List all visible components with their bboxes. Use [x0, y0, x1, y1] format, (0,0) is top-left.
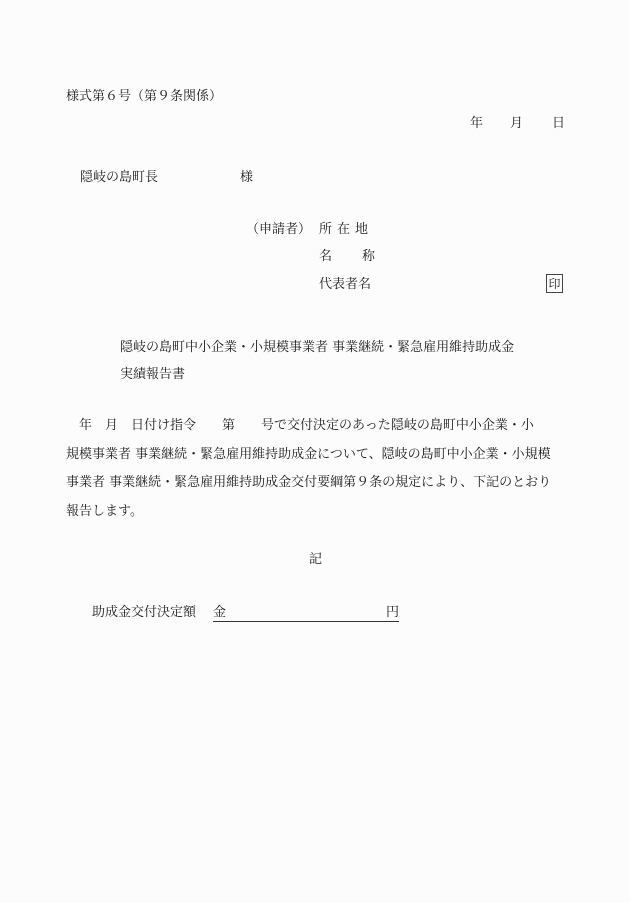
- body-line-2: 規模事業者 事業継続・緊急雇用維持助成金について、隠岐の島町中小企業・小規模: [66, 441, 566, 470]
- document-title-line1: 隠岐の島町中小企業・小規模事業者 事業継続・緊急雇用維持助成金: [120, 341, 514, 354]
- amount-prefix: 金: [213, 605, 226, 620]
- amount-suffix: 円: [386, 606, 399, 619]
- body-line-1: 年 月 日付け指令 第 号で交付決定のあった隠岐の島町中小企業・小: [66, 412, 566, 441]
- body-line-4: 報告します。: [66, 498, 566, 527]
- address-label: 所在地: [319, 223, 373, 236]
- representative-label: 代表者名: [319, 278, 371, 291]
- date-month-label: 月: [510, 117, 523, 130]
- amount-field: 金 円: [213, 606, 399, 622]
- name-label: 名称: [319, 250, 375, 263]
- name-label-char-1: 名: [319, 250, 332, 263]
- amount-label: 助成金交付決定額: [92, 606, 196, 619]
- date-year-label: 年: [470, 117, 483, 130]
- form-number: 様式第６号（第９条関係）: [66, 90, 222, 103]
- applicant-label: （申請者）: [246, 223, 311, 236]
- name-label-char-2: 称: [362, 250, 375, 263]
- ki-heading: 記: [309, 553, 322, 566]
- seal-box: 印: [546, 274, 563, 293]
- addressee: 隠岐の島町長 様: [80, 171, 158, 184]
- document-title-line2: 実績報告書: [120, 368, 185, 381]
- addressee-name: 隠岐の島町長: [80, 170, 158, 185]
- body-line-3: 事業者 事業継続・緊急雇用維持助成金交付要綱第９条の規定により、下記のとおり: [66, 469, 566, 498]
- date-day-label: 日: [552, 117, 565, 130]
- addressee-honorific: 様: [240, 171, 253, 184]
- body-paragraph: 年 月 日付け指令 第 号で交付決定のあった隠岐の島町中小企業・小 規模事業者 …: [66, 412, 566, 526]
